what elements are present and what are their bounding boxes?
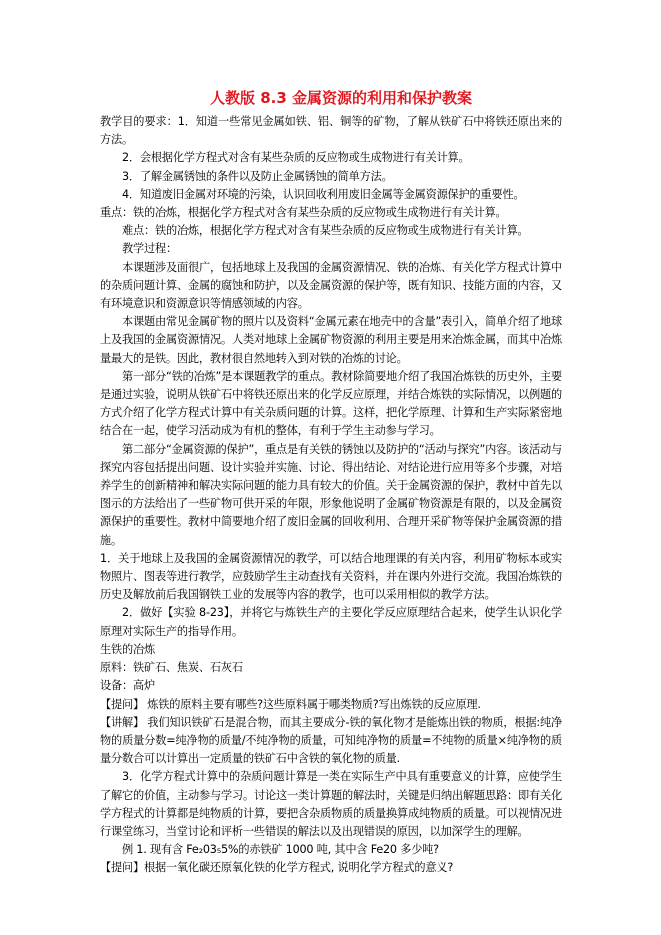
- paragraph-explanation: 【讲解】 我们知识铁矿石是混合物，而其主要成分-铁的氧化物才是能炼出铁的物质，根…: [100, 714, 562, 769]
- paragraph-suggestion-3: 3．化学方程式计算中的杂质问题计算是一类在实际生产中具有重要意义的计算，应使学生…: [100, 768, 562, 841]
- paragraph-objectives-3: 3．了解金属锈蚀的条件以及防止金属锈蚀的简单方法。: [100, 168, 562, 186]
- paragraph-process-heading: 教学过程：: [100, 240, 562, 258]
- document-body: 教学目的要求：1．知道一些常见金属如铁、铝、铜等的矿物，了解从铁矿石中将铁还原出…: [100, 113, 562, 878]
- paragraph-introduction: 本课题由常见金属矿物的照片以及资料“金属元素在地壳中的含量”表引入，简单介绍了地…: [100, 313, 562, 368]
- paragraph-objectives-4: 4．知道废旧金属对环境的污染，认识回收利用废旧金属等金属资源保护的重要性。: [100, 186, 562, 204]
- paragraph-objectives-2: 2．会根据化学方程式对含有某些杂质的反应物或生成物进行有关计算。: [100, 149, 562, 167]
- document-title: 人教版 8.3 金属资源的利用和保护教案: [100, 88, 562, 108]
- paragraph-raw-materials: 原料：铁矿石、焦炭、石灰石: [100, 659, 562, 677]
- paragraph-key-point: 重点：铁的冶炼，根据化学方程式对含有某些杂质的反应物或生成物进行有关计算。: [100, 204, 562, 222]
- paragraph-example-1: 例 1. 现有含 Fe₂03₅5%的赤铁矿 1000 吨, 其中含 Fe20 多…: [100, 841, 562, 859]
- paragraph-part-one: 第一部分“铁的冶炼”是本课题教学的重点。教材除简要地介绍了我国冶炼铁的历史外，主…: [100, 368, 562, 441]
- paragraph-smelting-heading: 生铁的冶炼: [100, 641, 562, 659]
- paragraph-part-two: 第二部分“金属资源的保护”，重点是有关铁的锈蚀以及防护的“活动与探究”内容。该活…: [100, 441, 562, 550]
- paragraph-equipment: 设备：高炉: [100, 677, 562, 695]
- paragraph-suggestion-1: 1．关于地球上及我国的金属资源情况的教学，可以结合地理课的有关内容，利用矿物标本…: [100, 550, 562, 605]
- paragraph-question-1: 【提问】 炼铁的原料主要有哪些?这些原料属于哪类物质?写出炼铁的反应原理.: [100, 696, 562, 714]
- paragraph-overview: 本课题涉及面很广，包括地球上及我国的金属资源情况、铁的冶炼、有关化学方程式计算中…: [100, 259, 562, 314]
- paragraph-suggestion-2: 2．做好【实验 8-23】，并将它与炼铁生产的主要化学反应原理结合起来，使学生认…: [100, 604, 562, 640]
- paragraph-difficult-point: 难点：铁的冶炼，根据化学方程式对含有某些杂质的反应物或生成物进行有关计算。: [100, 222, 562, 240]
- document-page: 人教版 8.3 金属资源的利用和保护教案 教学目的要求：1．知道一些常见金属如铁…: [100, 88, 562, 878]
- paragraph-objectives-1: 教学目的要求：1．知道一些常见金属如铁、铝、铜等的矿物，了解从铁矿石中将铁还原出…: [100, 113, 562, 149]
- paragraph-question-2: 【提问】根据一氧化碳还原氧化铁的化学方程式, 说明化学方程式的意义?: [100, 859, 562, 877]
